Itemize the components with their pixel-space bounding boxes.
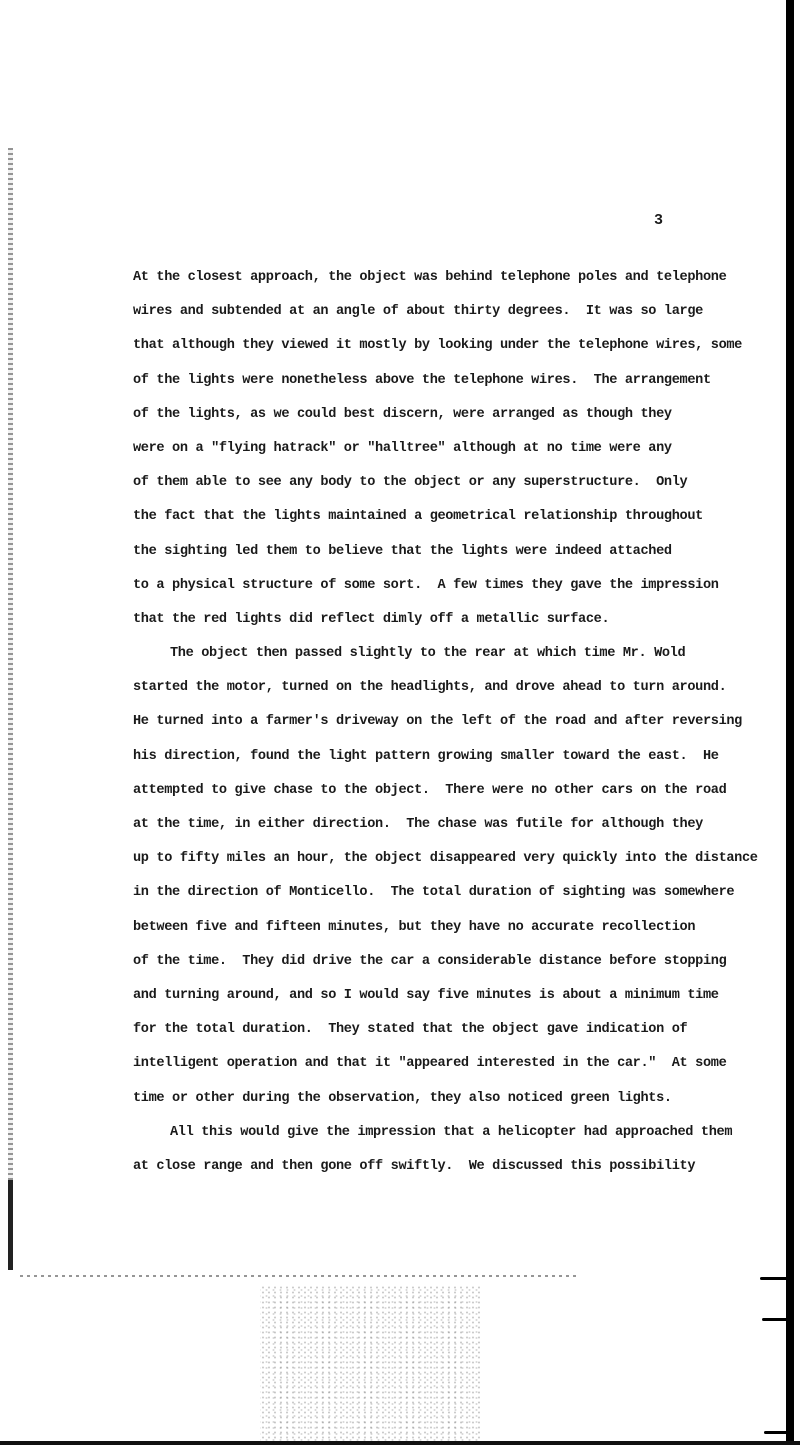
document-body: At the closest approach, the object was … [133, 261, 753, 1184]
text-line: attempted to give chase to the object. T… [133, 774, 753, 808]
text-line: in the direction of Monticello. The tota… [133, 876, 753, 910]
text-line: At the closest approach, the object was … [133, 261, 753, 295]
text-line: up to fifty miles an hour, the object di… [133, 842, 753, 876]
text-line: He turned into a farmer's driveway on th… [133, 705, 753, 739]
text-line: started the motor, turned on the headlig… [133, 671, 753, 705]
text-line: the fact that the lights maintained a ge… [133, 500, 753, 534]
paragraph: The object then passed slightly to the r… [133, 637, 753, 1116]
text-line: the sighting led them to believe that th… [133, 535, 753, 569]
text-line: intelligent operation and that it "appea… [133, 1047, 753, 1081]
text-line: of them able to see any body to the obje… [133, 466, 753, 500]
text-line: his direction, found the light pattern g… [133, 740, 753, 774]
text-line: time or other during the observation, th… [133, 1082, 753, 1116]
text-line: that although they viewed it mostly by l… [133, 329, 753, 363]
text-line: between five and fifteen minutes, but th… [133, 911, 753, 945]
text-line: to a physical structure of some sort. A … [133, 569, 753, 603]
bottom-scan-speckle [260, 1285, 480, 1445]
paragraph: At the closest approach, the object was … [133, 261, 753, 637]
text-line: of the lights were nonetheless above the… [133, 364, 753, 398]
left-margin-scan-noise [8, 148, 13, 1268]
text-line: of the time. They did drive the car a co… [133, 945, 753, 979]
paragraph: All this would give the impression that … [133, 1116, 753, 1184]
bottom-page-edge [0, 1441, 800, 1445]
binder-edge-bar [786, 0, 794, 1445]
text-line: for the total duration. They stated that… [133, 1013, 753, 1047]
binder-tick-mark [764, 1431, 788, 1434]
binder-tick-mark [762, 1318, 788, 1321]
page-number: 3 [654, 212, 663, 229]
text-line: and turning around, and so I would say f… [133, 979, 753, 1013]
scanned-document-page: 3 At the closest approach, the object wa… [0, 0, 800, 1445]
text-line: at close range and then gone off swiftly… [133, 1150, 753, 1184]
text-line: at the time, in either direction. The ch… [133, 808, 753, 842]
text-line: of the lights, as we could best discern,… [133, 398, 753, 432]
bottom-scan-line [20, 1275, 580, 1277]
text-line: that the red lights did reflect dimly of… [133, 603, 753, 637]
left-margin-scan-mark [8, 1180, 13, 1270]
binder-tick-mark [760, 1277, 788, 1280]
text-line: were on a "flying hatrack" or "halltree"… [133, 432, 753, 466]
text-line: wires and subtended at an angle of about… [133, 295, 753, 329]
text-line: The object then passed slightly to the r… [133, 637, 753, 671]
text-line: All this would give the impression that … [133, 1116, 753, 1150]
